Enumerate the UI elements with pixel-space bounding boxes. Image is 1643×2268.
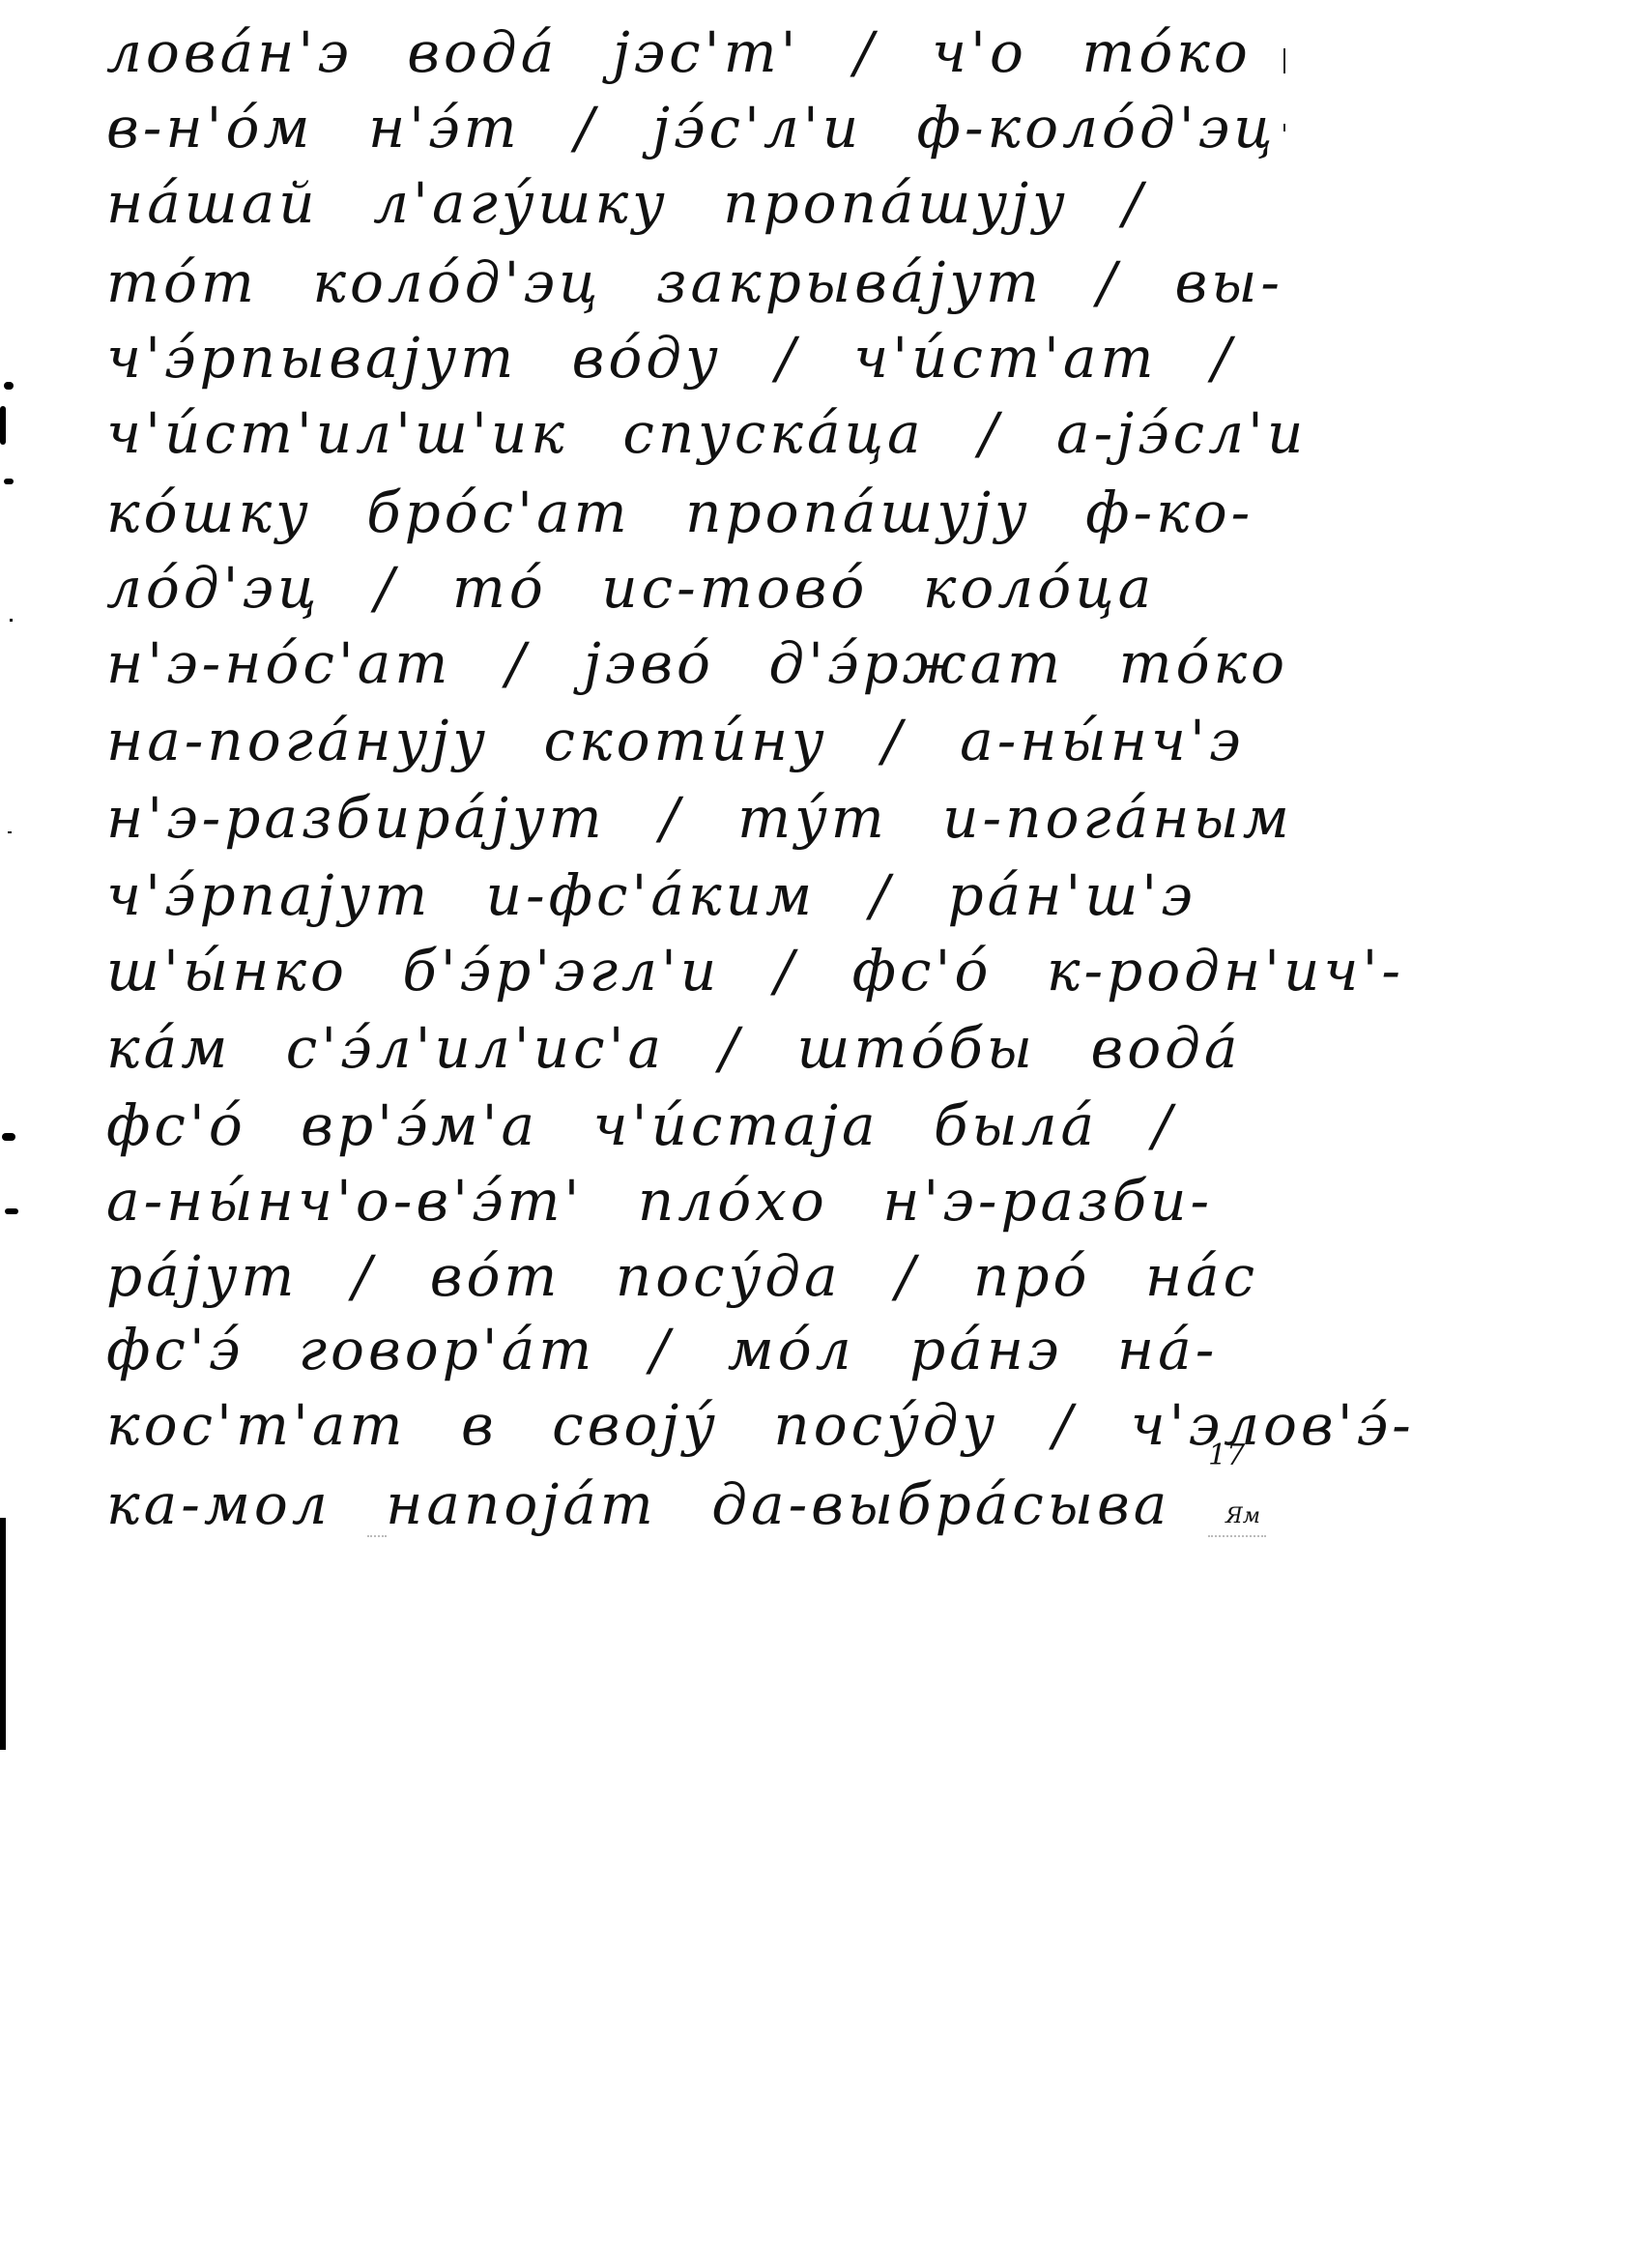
scan-speck	[4, 382, 14, 390]
text-line-10: на-пога́нуjу скоти́ну / а-ны́нч'э	[106, 708, 1244, 773]
page-number: 17	[1208, 1439, 1245, 1472]
faint-dots	[367, 1535, 387, 1537]
text-line-9: н'э-но́с'ат / jэво́ д'э́ржат то́ко	[106, 630, 1288, 696]
scan-speck	[5, 1208, 18, 1214]
text-line-2: в-н'о́м н'э́т / jэ́с'л'и ф-коло́д'эц	[106, 95, 1277, 160]
text-line-14: ка́м с'э́л'ил'ис'а / што́бы вода́	[106, 1015, 1241, 1081]
text-line-1: лова́н'э вода́ jэс'т' / ч'о то́ко	[106, 19, 1252, 85]
text-line-18: фс'э́ говор'а́т / мо́л ра́нэ на́-	[106, 1317, 1218, 1382]
scan-speck	[2, 1133, 15, 1141]
text-line-4: то́т коло́д'эц закрыва́jут / вы-	[106, 249, 1283, 315]
faint-dots	[1208, 1535, 1266, 1537]
scan-tick	[1283, 124, 1285, 131]
scan-edge-bar	[0, 1518, 6, 1750]
text-line-8: ло́д'эц / то́ ис-тово́ коло́ца	[106, 555, 1155, 621]
text-line-3: на́шай л'агу́шку пропа́шуjу /	[106, 170, 1146, 236]
scan-tick	[1283, 48, 1285, 73]
text-line-6: ч'и́ст'ил'ш'ик спуска́ца / а-jэ́сл'и	[106, 400, 1307, 466]
corner-mark: Ям	[1225, 1504, 1260, 1528]
scan-speck	[0, 406, 6, 445]
text-line-13: ш'ы́нко б'э́р'эгл'и / фс'о́ к-родн'ич'-	[106, 938, 1404, 1003]
text-line-7: ко́шку бро́с'ат пропа́шуjу ф-ко-	[106, 480, 1254, 545]
text-line-11: н'э-разбира́jут / ту́т и-пога́ным	[106, 785, 1293, 851]
text-line-17: ра́jут / во́т посу́да / про́ на́с	[106, 1243, 1258, 1309]
text-line-5: ч'э́рпываjут во́ду / ч'и́ст'ат /	[106, 325, 1234, 391]
scan-speck	[8, 831, 12, 833]
text-line-15: фс'о́ вр'э́м'а ч'и́стаjа была́ /	[106, 1092, 1175, 1158]
text-line-12: ч'э́рпаjут и-фс'а́ким / ра́н'ш'э	[106, 862, 1196, 928]
text-line-20: ка-мол напоjа́т да-выбра́сыва	[106, 1471, 1170, 1537]
scan-speck	[4, 479, 14, 484]
scan-speck	[10, 619, 13, 622]
text-line-16: а-ны́нч'о-в'э́т' пло́хо н'э-разби-	[106, 1168, 1213, 1234]
manuscript-page: лова́н'э вода́ jэс'т' / ч'о то́ко в-н'о́…	[0, 0, 1643, 2268]
